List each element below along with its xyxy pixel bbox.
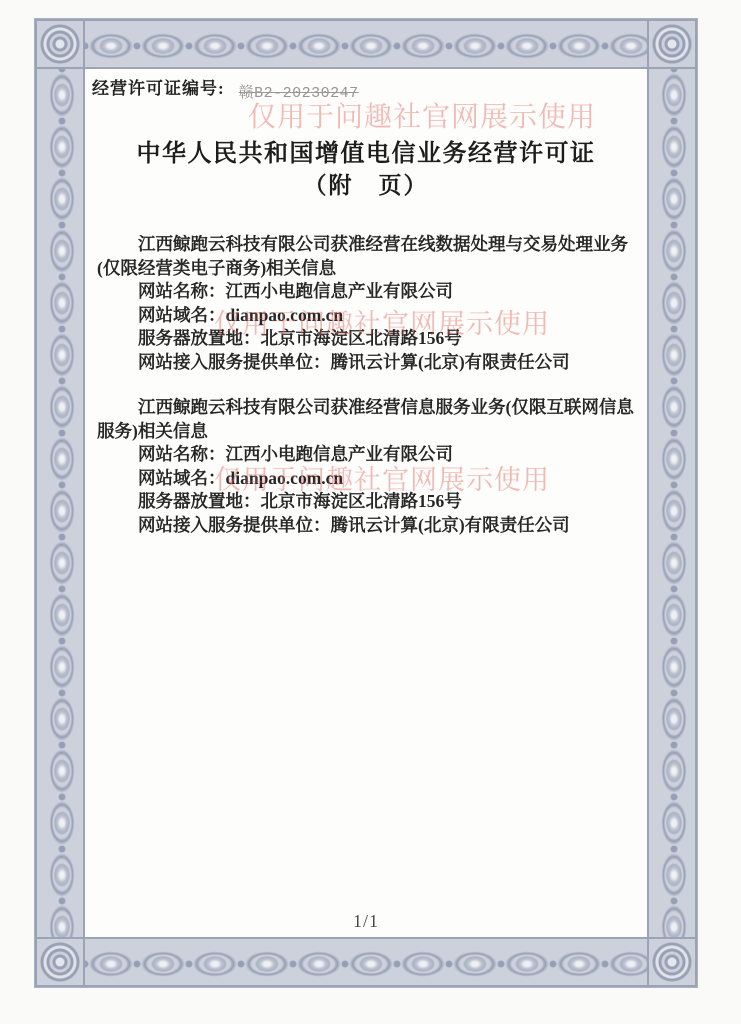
business-section-1: 江西鲸跑云科技有限公司获准经营在线数据处理与交易处理业务(仅限经营类电子商务)相… — [97, 233, 646, 374]
certificate-subtitle: （附 页） — [85, 167, 647, 200]
border-band-bottom — [85, 937, 647, 987]
license-number-label: 经营许可证编号: — [92, 74, 225, 99]
page-number: 1/1 — [85, 911, 647, 932]
field-value: 江西小电跑信息产业有限公司 — [226, 281, 454, 301]
field-label: 网站名称： — [138, 444, 226, 464]
license-number-row: 经营许可证编号: 赣B2-20230247 — [92, 74, 359, 102]
field-row-server-location: 服务器放置地：北京市海淀区北清路156号 — [97, 490, 646, 514]
business-section-2: 江西鲸跑云科技有限公司获准经营信息服务业务(仅限互联网信息服务)相关信息 网站名… — [97, 396, 646, 537]
field-label: 服务器放置地： — [138, 328, 261, 348]
section-intro: 江西鲸跑云科技有限公司获准经营在线数据处理与交易处理业务(仅限经营类电子商务)相… — [97, 233, 646, 280]
border-band-left — [35, 69, 85, 937]
border-band-right — [647, 69, 697, 937]
field-row-website-name: 网站名称：江西小电跑信息产业有限公司 — [97, 280, 646, 304]
field-row-website-name: 网站名称：江西小电跑信息产业有限公司 — [97, 443, 646, 467]
field-label: 网站名称： — [138, 281, 226, 301]
section-intro: 江西鲸跑云科技有限公司获准经营信息服务业务(仅限互联网信息服务)相关信息 — [97, 396, 646, 443]
field-value: dianpao.com.cn — [226, 468, 344, 488]
border-band-top — [85, 19, 647, 69]
field-value: 腾讯云计算(北京)有限责任公司 — [331, 352, 570, 372]
field-row-domain: 网站域名：dianpao.com.cn — [97, 467, 646, 491]
license-number-value: 赣B2-20230247 — [239, 81, 359, 102]
field-label: 网站域名： — [138, 468, 226, 488]
border-corner-ornament — [35, 937, 85, 987]
border-corner-ornament — [647, 937, 697, 987]
field-value: 腾讯云计算(北京)有限责任公司 — [331, 515, 570, 535]
certificate-page: 经营许可证编号: 赣B2-20230247 中华人民共和国增值电信业务经营许可证… — [0, 0, 741, 1024]
border-corner-ornament — [647, 19, 697, 69]
field-label: 网站接入服务提供单位： — [138, 515, 331, 535]
field-value: dianpao.com.cn — [226, 305, 344, 325]
field-label: 网站接入服务提供单位： — [138, 352, 331, 372]
field-label: 网站域名： — [138, 305, 226, 325]
border-corner-ornament — [35, 19, 85, 69]
field-label: 服务器放置地： — [138, 491, 261, 511]
field-row-domain: 网站域名：dianpao.com.cn — [97, 304, 646, 328]
field-row-access-provider: 网站接入服务提供单位：腾讯云计算(北京)有限责任公司 — [97, 514, 646, 538]
field-value: 北京市海淀区北清路156号 — [261, 491, 462, 511]
field-row-server-location: 服务器放置地：北京市海淀区北清路156号 — [97, 327, 646, 351]
certificate-title: 中华人民共和国增值电信业务经营许可证 — [85, 133, 647, 168]
field-value: 北京市海淀区北清路156号 — [261, 328, 462, 348]
field-value: 江西小电跑信息产业有限公司 — [226, 444, 454, 464]
field-row-access-provider: 网站接入服务提供单位：腾讯云计算(北京)有限责任公司 — [97, 351, 646, 375]
